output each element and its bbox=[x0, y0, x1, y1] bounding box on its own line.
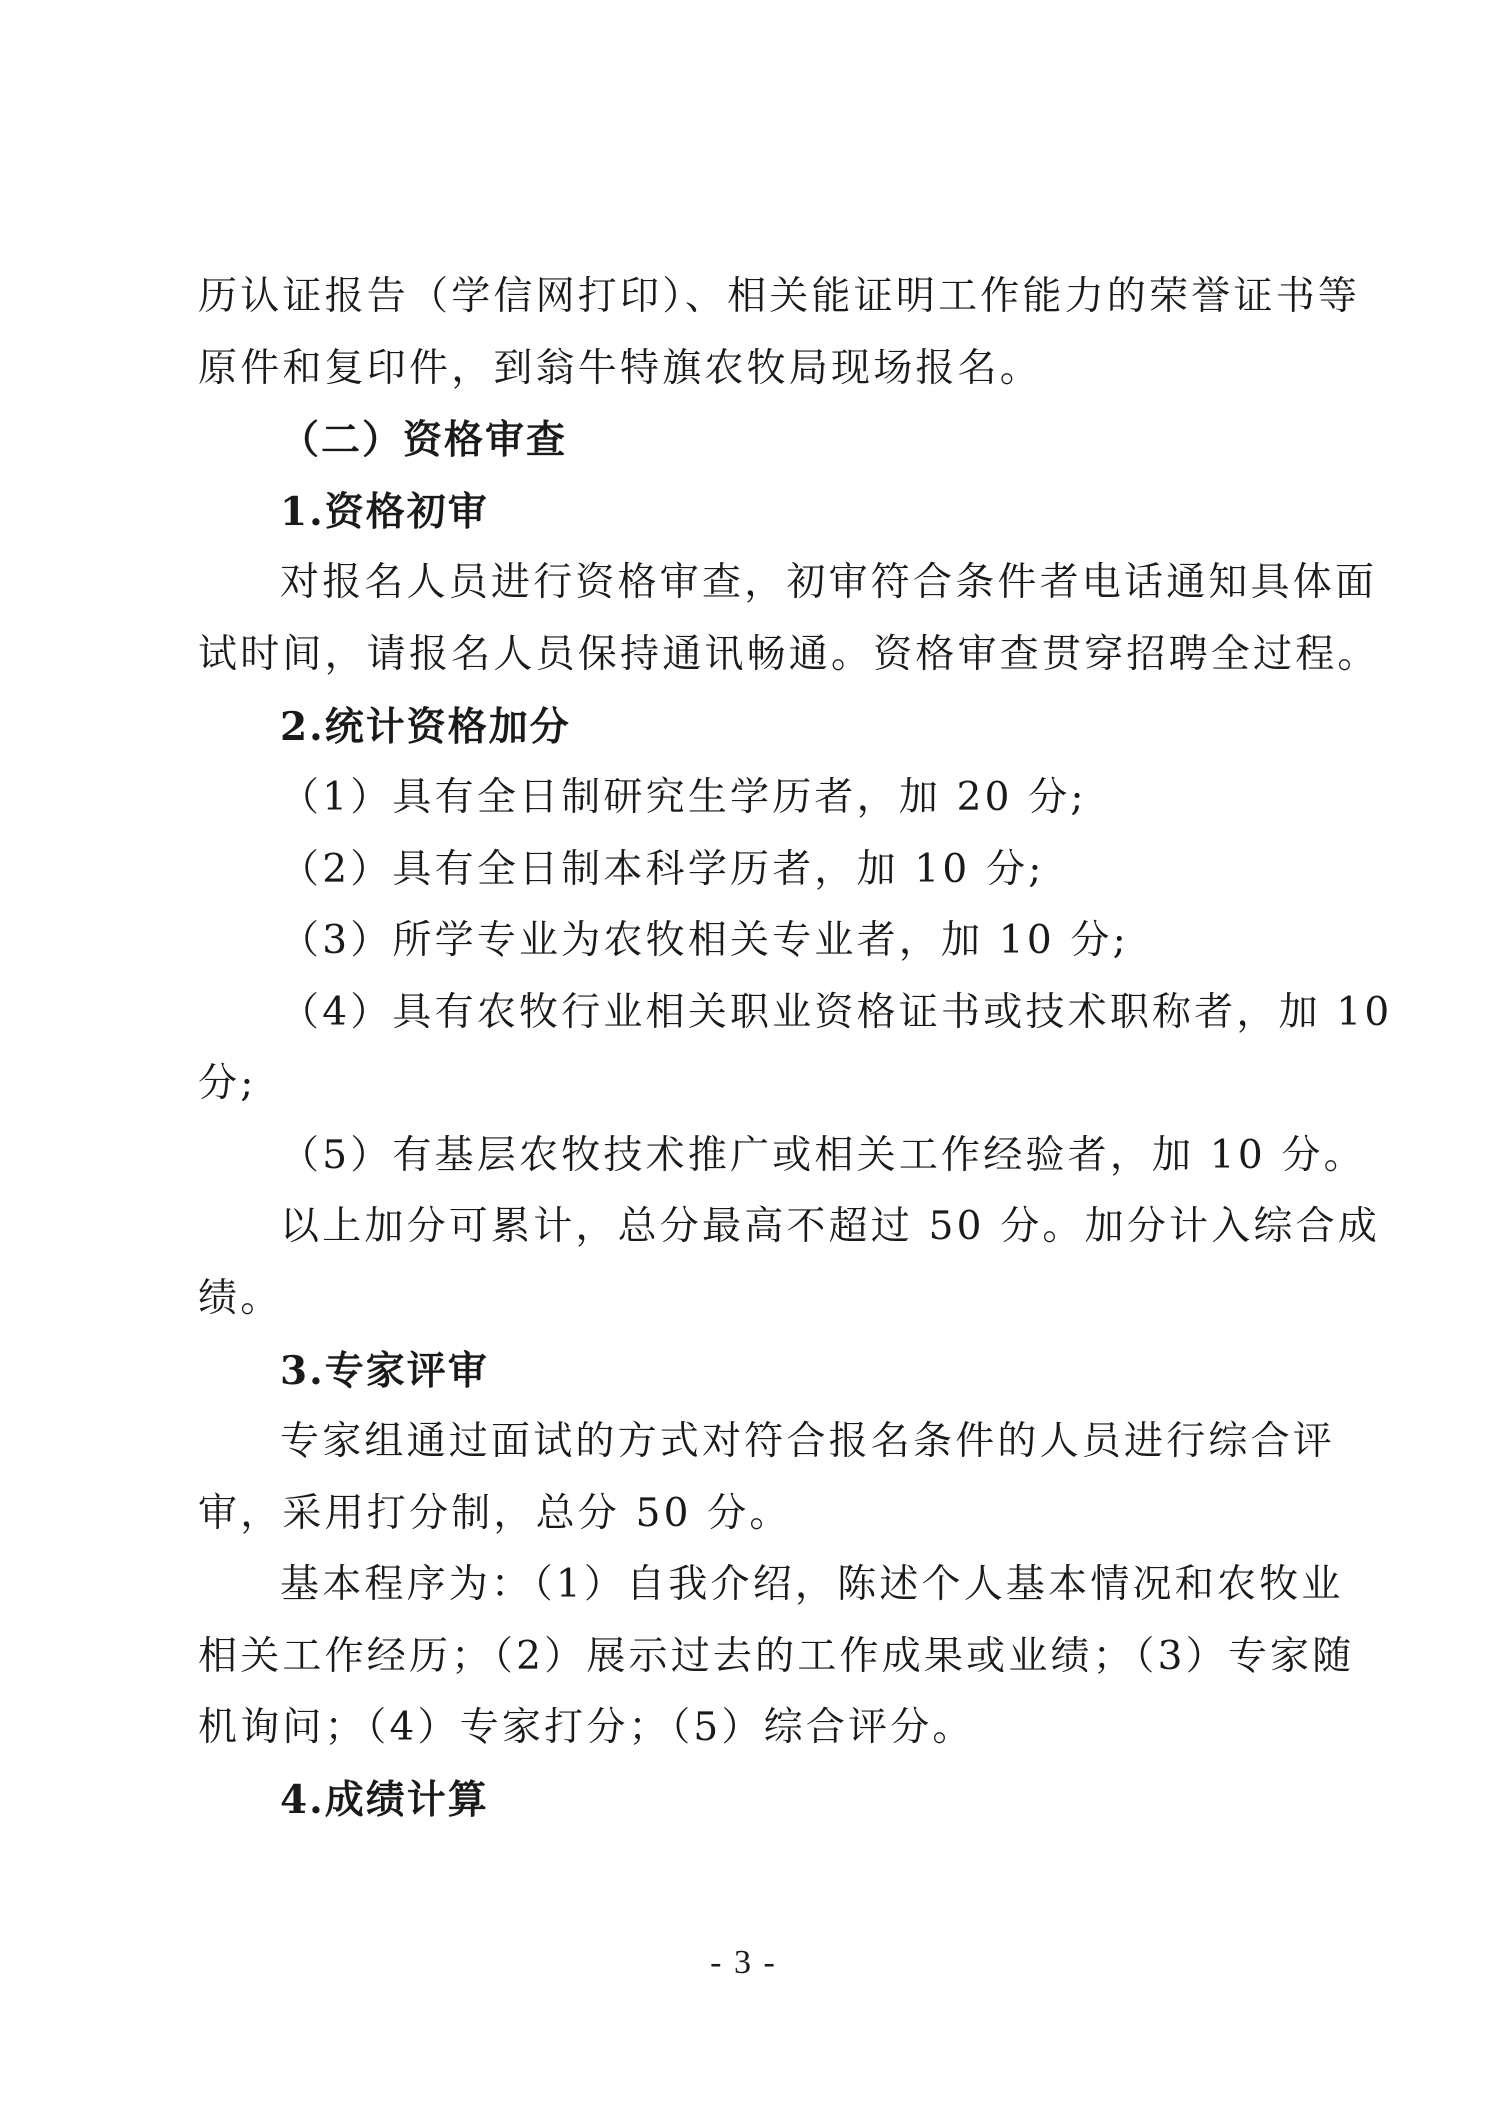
paragraph-line: 专家组通过面试的方式对符合报名条件的人员进行综合评 bbox=[280, 1418, 1308, 1466]
list-item: （3）所学专业为农牧相关专业者，加 10 分; bbox=[280, 917, 1390, 965]
paragraph-line: 以上加分可累计，总分最高不超过 50 分。加分计入综合成 bbox=[280, 1203, 1308, 1251]
paragraph-line: 对报名人员进行资格审查，初审符合条件者电话通知具体面 bbox=[280, 559, 1308, 607]
subsection-heading: 2.统计资格加分 bbox=[280, 703, 1390, 751]
subsection-heading: 3.专家评审 bbox=[280, 1347, 1390, 1395]
list-item: （4）具有农牧行业相关职业资格证书或技术职称者，加 10 bbox=[280, 989, 1308, 1037]
subsection-heading: 4.成绩计算 bbox=[280, 1776, 1390, 1824]
paragraph-line: 机询问；（4）专家打分；（5）综合评分。 bbox=[198, 1704, 1308, 1752]
paragraph-line: 相关工作经历；（2）展示过去的工作成果或业绩；（3）专家随 bbox=[198, 1633, 1308, 1681]
paragraph-line: 历认证报告（学信网打印）、相关能证明工作能力的荣誉证书等 bbox=[198, 273, 1308, 321]
list-item-continuation: 分; bbox=[198, 1060, 1308, 1108]
subsection-heading: 1.资格初审 bbox=[280, 488, 1390, 536]
list-item: （5）有基层农牧技术推广或相关工作经验者，加 10 分。 bbox=[280, 1132, 1390, 1180]
paragraph-line: 审，采用打分制，总分 50 分。 bbox=[198, 1490, 1308, 1538]
paragraph-line: 绩。 bbox=[198, 1275, 1308, 1323]
paragraph-line: 基本程序为：（1）自我介绍，陈述个人基本情况和农牧业 bbox=[280, 1561, 1308, 1609]
list-item: （2）具有全日制本科学历者，加 10 分; bbox=[280, 846, 1390, 894]
paragraph-line: 试时间，请报名人员保持通讯畅通。资格审查贯穿招聘全过程。 bbox=[198, 631, 1308, 679]
list-item: （1）具有全日制研究生学历者，加 20 分; bbox=[280, 774, 1390, 822]
section-heading: （二）资格审查 bbox=[280, 416, 1390, 464]
paragraph-line: 原件和复印件，到翁牛特旗农牧局现场报名。 bbox=[198, 345, 1308, 393]
page-number: - 3 - bbox=[0, 1944, 1487, 1982]
document-page: 历认证报告（学信网打印）、相关能证明工作能力的荣誉证书等 原件和复印件，到翁牛特… bbox=[0, 0, 1487, 2102]
